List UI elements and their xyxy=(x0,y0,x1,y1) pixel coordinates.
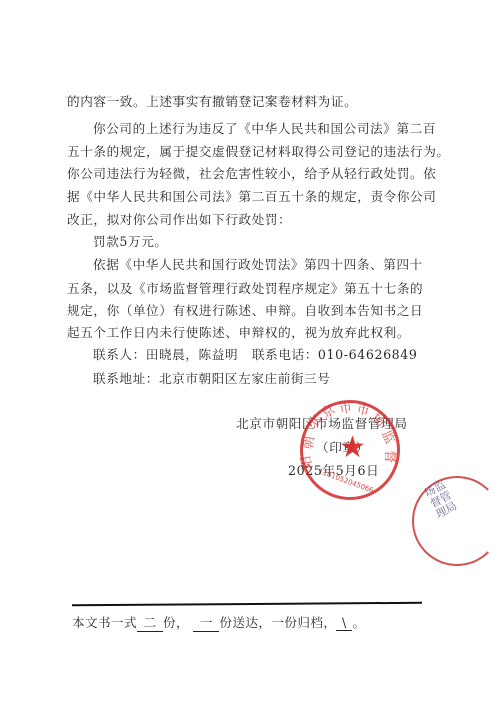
footer-copies-line: 本文书一式二份， 一份送达，一份归档，\。 xyxy=(72,612,365,632)
address-value: 北京市朝阳区左家庄前街三号 xyxy=(159,371,331,386)
body-line: 规定，你（单位）有权进行陈述、申辩。自收到本告知书之日 xyxy=(67,303,423,319)
address-line: 联系地址：北京市朝阳区左家庄前街三号 xyxy=(93,371,331,387)
contact-persons-label: 联系人： xyxy=(93,347,146,362)
footer-prefix: 本文书一式 xyxy=(72,615,137,630)
footer-mid2: 份送达，一份归档， xyxy=(219,615,336,630)
body-line: 你公司违法行为轻微，社会危害性较小，给予从轻行政处罚。依 xyxy=(67,166,436,182)
copies-total: 二 xyxy=(137,612,163,632)
official-seal: 北 京 市 市 场 监 督 朝 阳 ★ 1101052045066 xyxy=(300,400,400,500)
body-line: 的内容一致。上述事实有撤销登记案卷材料为证。 xyxy=(67,94,357,110)
contact-persons: 田晓晨，陈益明 xyxy=(146,347,238,362)
penalty-line: 罚款5万元。 xyxy=(93,234,168,250)
body-line: 依据《中华人民共和国行政处罚法》第四十四条、第四十 xyxy=(93,257,423,273)
contact-phone: 010-64626849 xyxy=(318,347,418,362)
star-icon: ★ xyxy=(339,433,366,463)
body-line: 五十条的规定，属于提交虚假登记材料取得公司登记的违法行为。 xyxy=(67,144,450,160)
address-label: 联系地址： xyxy=(93,371,159,386)
body-line: 起五个工作日内未行使陈述、申辩权的，视为放弃此权利。 xyxy=(67,325,410,341)
body-line: 你公司的上述行为违反了《中华人民共和国公司法》第二百 xyxy=(93,121,436,137)
footer-divider xyxy=(72,602,422,606)
contact-phone-label: 联系电话： xyxy=(252,347,318,362)
copies-other: \ xyxy=(336,615,352,631)
contact-line: 联系人：田晓晨，陈益明 联系电话：010-64626849 xyxy=(93,347,418,363)
body-line: 改正，拟对你公司作出如下行政处罚： xyxy=(67,212,291,228)
footer-end: 。 xyxy=(352,615,365,630)
body-line: 五条，以及《市场监督管理行政处罚程序规定》第五十七条的 xyxy=(67,281,423,297)
footer-mid1: 份， xyxy=(163,615,189,630)
copies-delivered: 一 xyxy=(193,612,219,632)
body-line: 据《中华人民共和国公司法》第二百五十条的规定，责令你公司 xyxy=(67,189,436,205)
seal-number: 1101052045066 xyxy=(317,467,374,494)
document-page: 的内容一致。上述事实有撤销登记案卷材料为证。 你公司的上述行为违反了《中华人民共… xyxy=(0,0,500,708)
